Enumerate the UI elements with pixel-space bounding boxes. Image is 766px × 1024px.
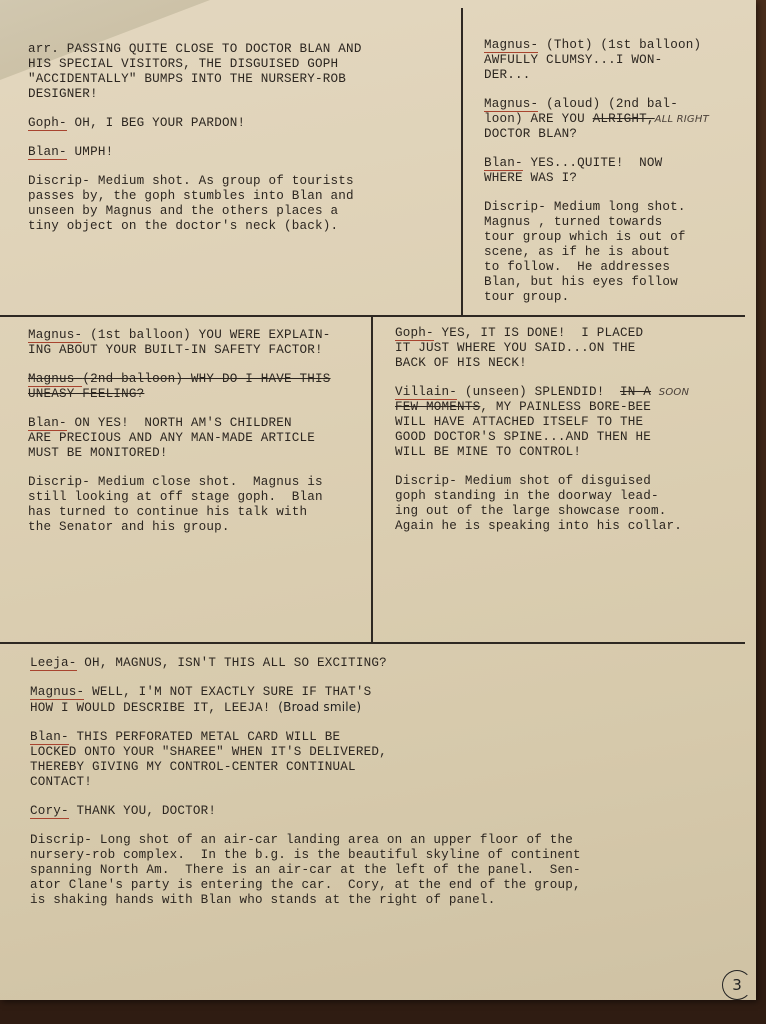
speaker-label: Magnus- — [484, 38, 538, 53]
speaker-label: Leeja- — [30, 656, 77, 671]
struck-text: FEW MOMENTS — [395, 400, 480, 414]
dialogue-line: Blan- YES...QUITE! NOW WHERE WAS I? — [484, 156, 754, 186]
panel-1-right: Magnus- (Thot) (1st balloon) AWFULLY CLU… — [484, 38, 754, 319]
struck-text: ALRIGHT, — [593, 112, 655, 126]
dialogue-line: Magnus- (Thot) (1st balloon) AWFULLY CLU… — [484, 38, 754, 83]
speaker-label: Blan- — [28, 416, 67, 431]
shot-description: Discrip- Medium long shot. Magnus , turn… — [484, 200, 754, 305]
dialogue-line: Goph- OH, I BEG YOUR PARDON! — [28, 116, 458, 131]
handwritten-correction: ALL RIGHT — [655, 114, 709, 125]
dialogue-text: UMPH! — [67, 145, 114, 159]
shot-description: Discrip- Medium shot. As group of touris… — [28, 174, 458, 234]
dialogue-line: Magnus- (1st balloon) YOU WERE EXPLAIN- … — [28, 328, 373, 358]
panel-2-bottom-border — [0, 642, 745, 644]
script-page: arr. PASSING QUITE CLOSE TO DOCTOR BLAN … — [0, 0, 756, 1000]
speaker-label: Cory- — [30, 804, 69, 819]
speaker-label: Magnus- — [484, 97, 538, 112]
shot-description: Discrip- Medium shot of disguised goph s… — [395, 474, 750, 534]
panel-3: Leeja- OH, MAGNUS, ISN'T THIS ALL SO EXC… — [30, 656, 730, 922]
dialogue-text: OH, I BEG YOUR PARDON! — [67, 116, 245, 130]
struck-dialogue-line: Magnus-(2nd balloon) WHY DO I HAVE THIS … — [28, 372, 373, 402]
dialogue-text: (unseen) SPLENDID! — [457, 385, 620, 399]
panel-2-right: Goph- YES, IT IS DONE! I PLACED IT JUST … — [395, 326, 750, 548]
handwritten-note: (Broad smile) — [278, 700, 361, 714]
speaker-label: Blan- — [28, 145, 67, 160]
panel-2-left: Magnus- (1st balloon) YOU WERE EXPLAIN- … — [28, 328, 373, 549]
dialogue-text: OH, MAGNUS, ISN'T THIS ALL SO EXCITING? — [77, 656, 387, 670]
dialogue-line: Cory- THANK YOU, DOCTOR! — [30, 804, 730, 819]
speaker-label: Goph- — [395, 326, 434, 341]
dialogue-line: Blan- THIS PERFORATED METAL CARD WILL BE… — [30, 730, 730, 790]
dialogue-line: Villain- (unseen) SPLENDID! IN A SOON FE… — [395, 385, 750, 460]
dialogue-text: THANK YOU, DOCTOR! — [69, 804, 216, 818]
handwritten-correction: SOON — [659, 387, 689, 398]
dialogue-line: Magnus- WELL, I'M NOT EXACTLY SURE IF TH… — [30, 685, 730, 716]
speaker-label: Villain- — [395, 385, 457, 400]
dialogue-line: Blan- UMPH! — [28, 145, 458, 160]
shot-description: Discrip- Long shot of an air-car landing… — [30, 833, 730, 908]
dialogue-line: Magnus- (aloud) (2nd bal- loon) ARE YOU … — [484, 97, 754, 142]
struck-text: IN A — [620, 385, 651, 399]
speaker-label: Blan- — [30, 730, 69, 745]
speaker-label: Magnus- — [30, 685, 84, 700]
panel-1-divider — [461, 8, 463, 315]
page-number: 3 — [722, 970, 752, 1000]
dialogue-line: Blan- ON YES! NORTH AM'S CHILDREN ARE PR… — [28, 416, 373, 461]
speaker-label: Goph- — [28, 116, 67, 131]
panel-1-left: arr. PASSING QUITE CLOSE TO DOCTOR BLAN … — [28, 42, 458, 248]
dialogue-text: THIS PERFORATED METAL CARD WILL BE LOCKE… — [30, 730, 387, 789]
dialogue-line: Leeja- OH, MAGNUS, ISN'T THIS ALL SO EXC… — [30, 656, 730, 671]
dialogue-text: ON YES! NORTH AM'S CHILDREN ARE PRECIOUS… — [28, 416, 315, 460]
speaker-label: Magnus- — [28, 372, 82, 387]
dialogue-line: Goph- YES, IT IS DONE! I PLACED IT JUST … — [395, 326, 750, 371]
narration: arr. PASSING QUITE CLOSE TO DOCTOR BLAN … — [28, 42, 458, 102]
shot-description: Discrip- Medium close shot. Magnus is st… — [28, 475, 373, 535]
speaker-label: Magnus- — [28, 328, 82, 343]
speaker-label: Blan- — [484, 156, 523, 171]
dialogue-text: DOCTOR BLAN? — [484, 127, 577, 141]
